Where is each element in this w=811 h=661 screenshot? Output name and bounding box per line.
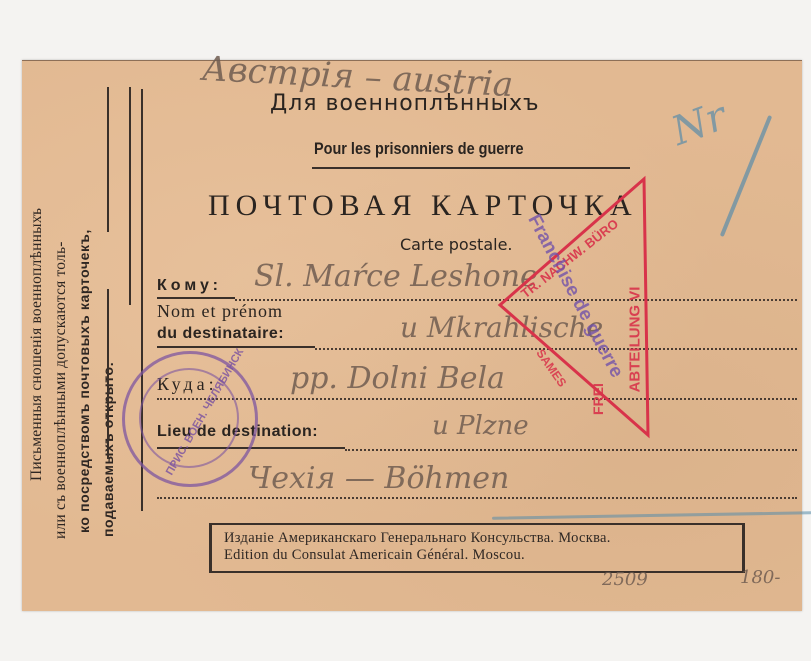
handwritten-country-note: Австрія – austria bbox=[201, 49, 514, 105]
handwritten-number-1: 2509 bbox=[602, 569, 648, 590]
recipient-label-ru: Кому: bbox=[157, 277, 222, 295]
recipient-label-underline bbox=[157, 297, 235, 299]
destination-line-2[interactable] bbox=[345, 449, 797, 451]
destination-line-3[interactable] bbox=[157, 497, 797, 499]
handwritten-address-line-1: pp. Dolni Bela bbox=[290, 361, 505, 396]
title-underline bbox=[312, 167, 630, 169]
censor-text-3: FREI bbox=[590, 383, 606, 415]
side-divider-upper bbox=[107, 87, 109, 232]
censor-text-2: ABTEILUNG VI bbox=[626, 287, 643, 393]
side-notice-line-2: или съ военноплѣнными допускаются толь- bbox=[52, 241, 70, 539]
handwritten-address-line-3: Чехія — Böhmen bbox=[248, 461, 509, 496]
blue-pencil-mark: Nr bbox=[666, 93, 733, 155]
handwritten-number-2: 180- bbox=[740, 567, 780, 588]
side-notice-line-1: Письменныя сношенія военноплѣнныхъ bbox=[28, 208, 46, 481]
side-divider-inner bbox=[129, 87, 131, 305]
blue-pencil-underline bbox=[492, 511, 811, 520]
publisher-french: Edition du Consulat Americain Général. M… bbox=[212, 547, 742, 564]
side-divider-mid bbox=[107, 289, 109, 459]
postcard: Письменныя сношенія военноплѣнныхъ или с… bbox=[22, 60, 802, 611]
publisher-box: Изданіе Американскаго Генеральнаго Консу… bbox=[209, 523, 745, 573]
title-french: Pour les prisonniers de guerre bbox=[314, 139, 524, 159]
side-notice-line-3: ко посредствомъ почтовыхъ карточекъ, bbox=[76, 229, 92, 533]
publisher-russian: Изданіе Американскаго Генеральнаго Консу… bbox=[212, 530, 742, 547]
recipient-label-fr-1: Nom et prénom bbox=[157, 301, 283, 322]
round-postmark: ПРИС. ВОЕН. ЧЕЛЯБИНСК bbox=[122, 351, 258, 487]
recipient-label-fr-2: du destinataire: bbox=[157, 325, 284, 343]
